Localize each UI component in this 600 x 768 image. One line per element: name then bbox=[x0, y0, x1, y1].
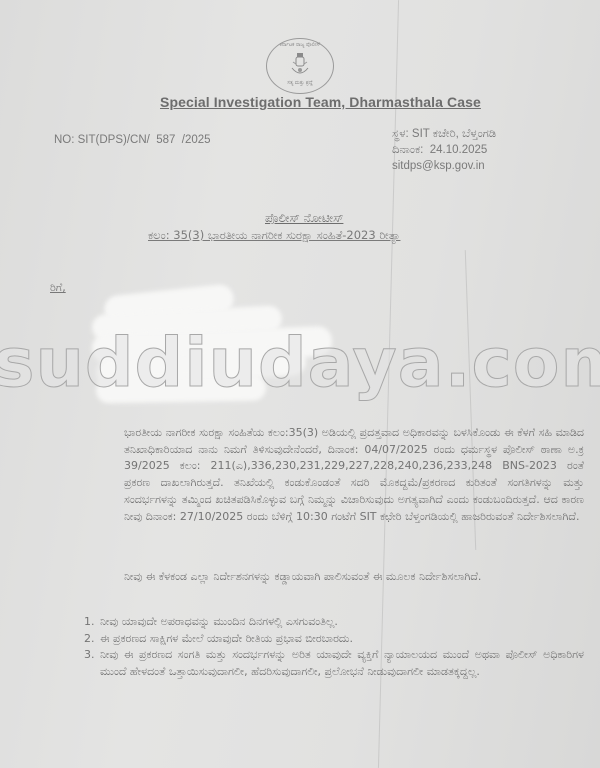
police-emblem-icon: ಕರ್ನಾಟಕ ರಾಜ್ಯ ಪೊಲೀಸ್ ಸತ್ಯ ಮತ್ತು ಶ್ರದ್ಧೆ bbox=[266, 38, 334, 94]
email-line: sitdps@ksp.gov.in bbox=[392, 158, 496, 174]
place-line: ಸ್ಥಳ: SIT ಕಚೇರಿ, ಬೆಳ್ತಂಗಡಿ bbox=[392, 126, 496, 142]
notice-subtitle: ಕಲಂ: 35(3) ಭಾರತೀಯ ನಾಗರೀಕ ಸುರಕ್ಷಾ ಸಂಹಿತೆ-… bbox=[148, 228, 400, 243]
reference-meta: ಸ್ಥಳ: SIT ಕಚೇರಿ, ಬೆಳ್ತಂಗಡಿ ದಿನಾಂಕ: 24.10… bbox=[392, 126, 496, 174]
notice-title: ಪೊಲೀಸ್ ನೋಟೀಸ್ bbox=[265, 211, 343, 226]
addressee-label: ರಿಗೆ, bbox=[50, 281, 66, 295]
watermark-text: suddiudaya.com bbox=[0, 324, 600, 403]
notice-document-page: ಕರ್ನಾಟಕ ರಾಜ್ಯ ಪೊಲೀಸ್ ಸತ್ಯ ಮತ್ತು ಶ್ರದ್ಧೆ … bbox=[0, 0, 600, 768]
organization-title: Special Investigation Team, Dharmasthala… bbox=[160, 94, 481, 110]
emblem-ring-text-bottom: ಸತ್ಯ ಮತ್ತು ಶ್ರದ್ಧೆ bbox=[281, 80, 319, 86]
crest-icon bbox=[291, 52, 309, 78]
directions-list: 1. ನೀವು ಯಾವುದೇ ಅಪರಾಧವನ್ನು ಮುಂದಿನ ದಿನಗಳಲ್… bbox=[84, 614, 584, 681]
reference-number: NO: SIT(DPS)/CN/ 587 /2025 bbox=[54, 134, 211, 146]
direction-item: 1. ನೀವು ಯಾವುದೇ ಅಪರಾಧವನ್ನು ಮುಂದಿನ ದಿನಗಳಲ್… bbox=[84, 614, 584, 631]
emblem-ring-text-top: ಕರ್ನಾಟಕ ರಾಜ್ಯ ಪೊಲೀಸ್ bbox=[277, 42, 323, 48]
date-line: ದಿನಾಂಕ: 24.10.2025 bbox=[392, 142, 496, 158]
directions-intro-paragraph: ನೀವು ಈ ಕೆಳಕಂಡ ಎಲ್ಲಾ ನಿರ್ದೇಶನಗಳನ್ನು ಕಡ್ಡಾ… bbox=[84, 569, 584, 586]
direction-item: 3. ನೀವು ಈ ಪ್ರಕರಣದ ಸಂಗತಿ ಮತ್ತು ಸಂದರ್ಭಗಳನ್… bbox=[84, 647, 584, 680]
notice-body-paragraph: ಭಾರತೀಯ ನಾಗರೀಕ ಸುರಕ್ಷಾ ಸಂಹಿತೆಯ ಕಲಂ:35(3) … bbox=[84, 425, 584, 525]
direction-item: 2. ಈ ಪ್ರಕರಣದ ಸಾಕ್ಷಿಗಳ ಮೇಲೆ ಯಾವುದೇ ರೀತಿಯ … bbox=[84, 631, 584, 648]
